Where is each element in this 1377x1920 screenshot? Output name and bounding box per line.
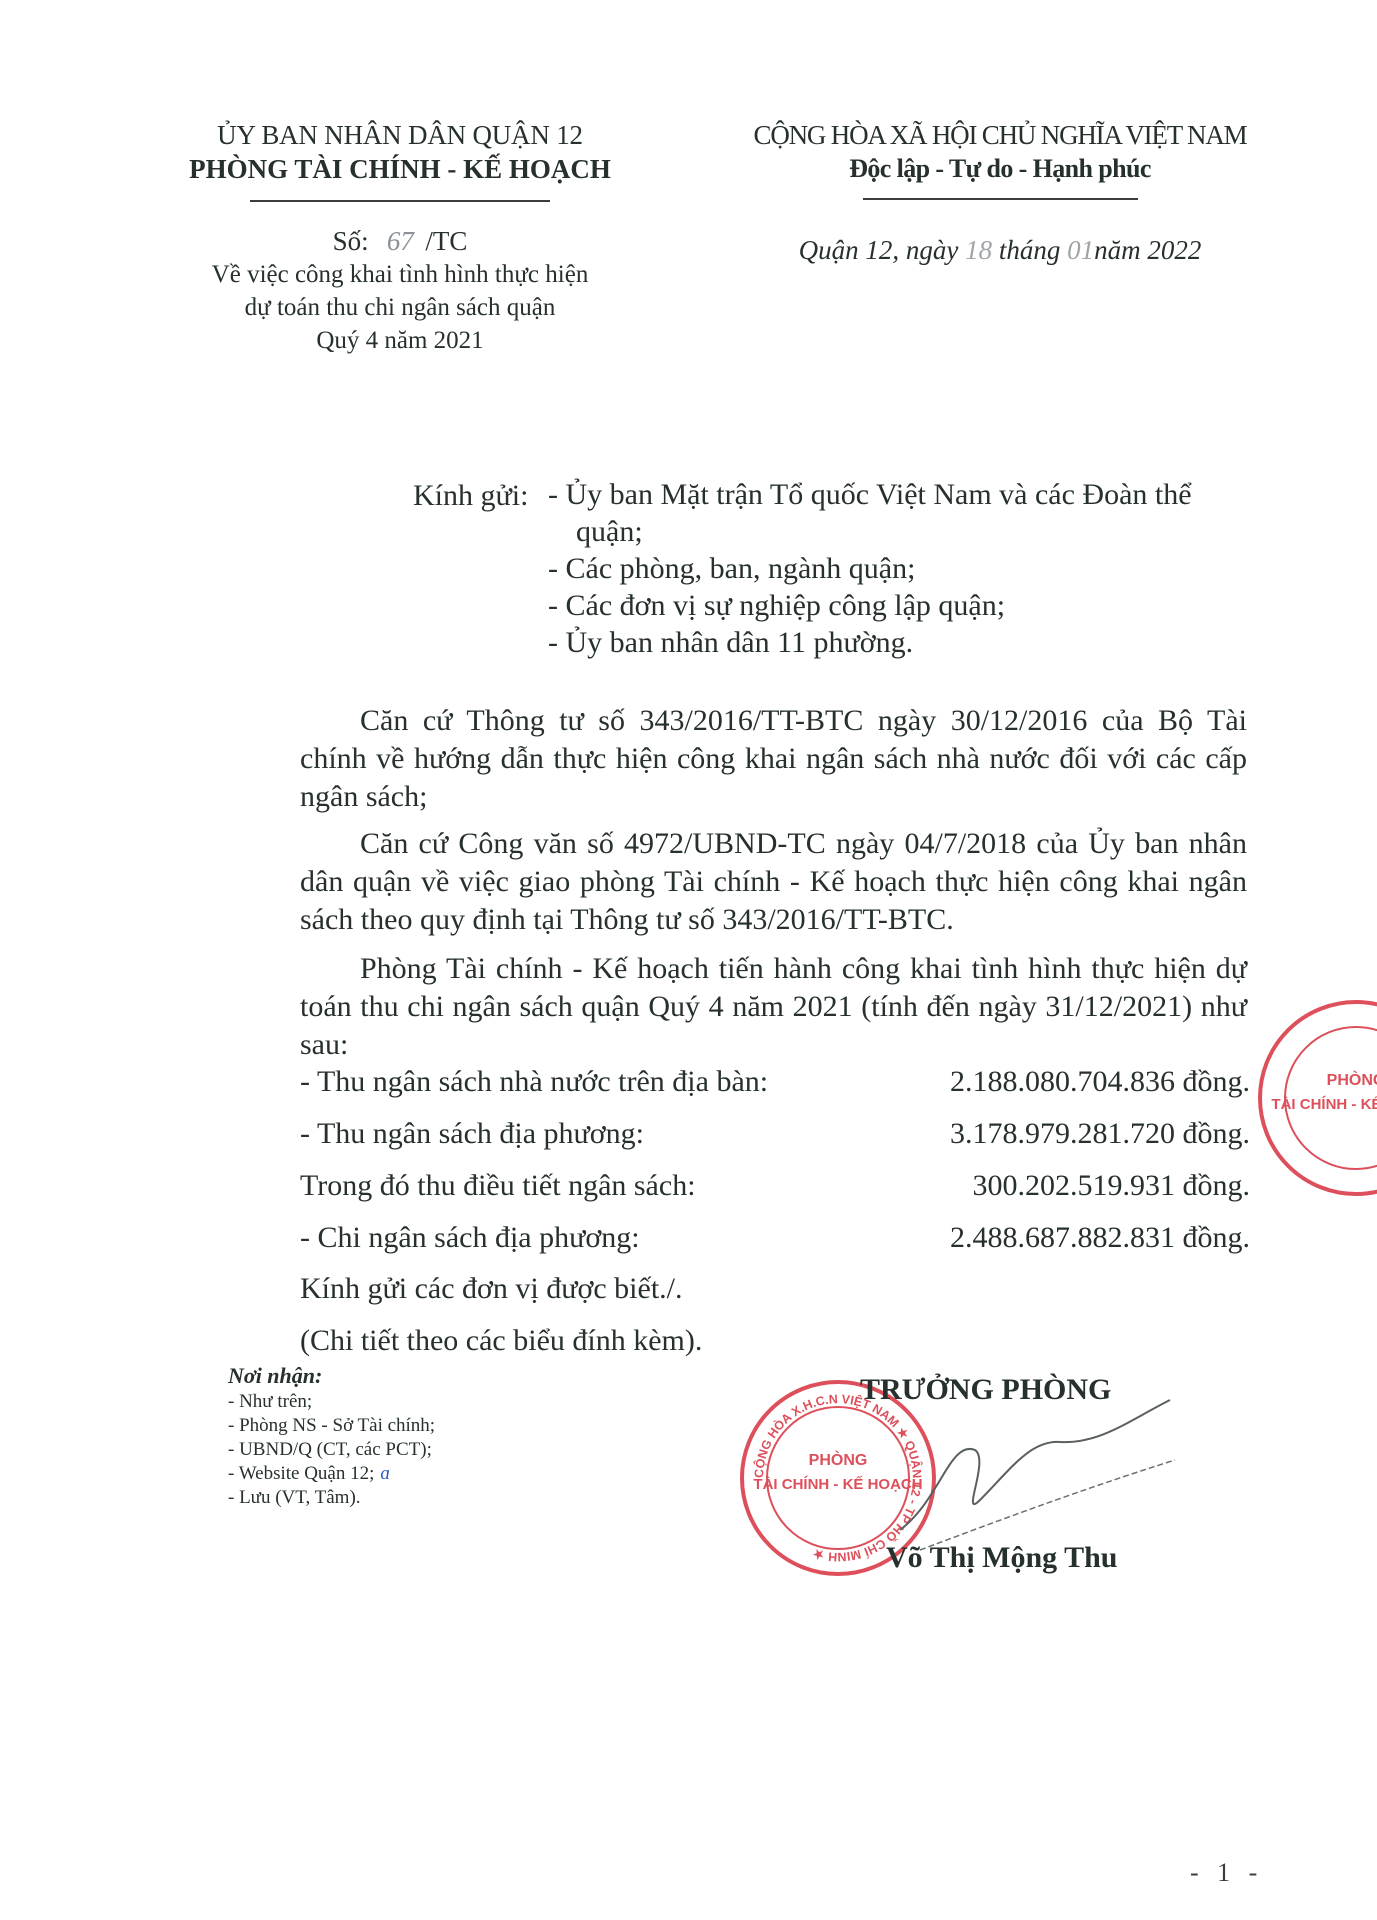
figure-label: - Chi ngân sách địa phương:: [300, 1219, 640, 1257]
figure-value: 2.488.687.882.831 đồng.: [950, 1219, 1250, 1257]
parent-organization: ỦY BAN NHÂN DÂN QUẬN 12: [150, 118, 650, 152]
distribution-item: - Website Quận 12;ɑ: [228, 1462, 608, 1486]
recipient-item: - Các đơn vị sự nghiệp công lập quận;: [548, 587, 1268, 624]
figure-label: - Thu ngân sách địa phương:: [300, 1115, 644, 1153]
disclosure-paragraph: Phòng Tài chính - Kế hoạch tiến hành côn…: [300, 950, 1247, 1064]
recipient-item-continued: quận;: [548, 513, 1268, 550]
figure-label: Trong đó thu điều tiết ngân sách:: [300, 1167, 696, 1205]
figure-value: 2.188.080.704.836 đồng.: [950, 1063, 1250, 1101]
distribution-item: - Phòng NS - Sở Tài chính;: [228, 1414, 608, 1438]
seal-line-2: TÀI CHÍNH - KẾ HOẠCH: [1262, 1096, 1377, 1113]
national-motto: Độc lập - Tự do - Hạnh phúc: [720, 152, 1280, 186]
budget-figure-row: - Thu ngân sách địa phương: 3.178.979.28…: [300, 1115, 1250, 1153]
motto-underline: [863, 198, 1138, 200]
recipients-list: - Ủy ban Mặt trận Tổ quốc Việt Nam và cá…: [548, 476, 1268, 661]
figure-label: - Thu ngân sách nhà nước trên địa bàn:: [300, 1063, 768, 1101]
distribution-item: - Như trên;: [228, 1390, 608, 1414]
recipient-item: - Các phòng, ban, ngành quận;: [548, 550, 1268, 587]
issue-date: Quận 12, ngày 18 tháng 01năm 2022: [720, 233, 1280, 267]
closing-line: Kính gửi các đơn vị được biết./.: [300, 1270, 683, 1308]
signatory-name: Võ Thị Mộng Thu: [886, 1540, 1118, 1576]
budget-figure-row: Trong đó thu điều tiết ngân sách: 300.20…: [300, 1167, 1250, 1205]
legal-basis-paragraph: Căn cứ Thông tư số 343/2016/TT-BTC ngày …: [300, 702, 1247, 816]
date-month: 01: [1067, 235, 1094, 265]
distribution-list: Nơi nhận: - Như trên; - Phòng NS - Sở Tà…: [228, 1362, 608, 1510]
handwritten-number: 67: [375, 224, 425, 258]
subject-line: dự toán thu chi ngân sách quận: [150, 291, 650, 324]
distribution-item: - UBND/Q (CT, các PCT);: [228, 1438, 608, 1462]
issuing-agency-block: ỦY BAN NHÂN DÂN QUẬN 12 PHÒNG TÀI CHÍNH …: [150, 118, 650, 357]
handwritten-check-mark: ɑ: [380, 1463, 390, 1484]
signatory-title: TRƯỞNG PHÒNG: [860, 1372, 1111, 1408]
recipient-item: - Ủy ban Mặt trận Tổ quốc Việt Nam và cá…: [548, 476, 1268, 513]
date-day: 18: [965, 235, 992, 265]
country-name: CỘNG HÒA XÃ HỘI CHỦ NGHĨA VIỆT NAM: [720, 118, 1280, 152]
budget-figure-row: - Thu ngân sách nhà nước trên địa bàn: 2…: [300, 1063, 1250, 1101]
recipient-item: - Ủy ban nhân dân 11 phường.: [548, 624, 1268, 661]
issuing-department: PHÒNG TÀI CHÍNH - KẾ HOẠCH: [150, 152, 650, 186]
distribution-title: Nơi nhận:: [228, 1362, 608, 1390]
date-year: 2022: [1147, 235, 1201, 265]
legal-basis-paragraph: Căn cứ Công văn số 4972/UBND-TC ngày 04/…: [300, 825, 1247, 939]
document-number: Số: 67/TC: [150, 224, 650, 258]
subject-line: Quý 4 năm 2021: [150, 324, 650, 357]
budget-figure-row: - Chi ngân sách địa phương: 2.488.687.88…: [300, 1219, 1250, 1257]
seal-line-1: PHÒNG: [1262, 1072, 1377, 1090]
page-edge-seal: PHÒNG TÀI CHÍNH - KẾ HOẠCH: [1258, 1000, 1377, 1196]
header-underline: [250, 200, 550, 202]
figure-value: 300.202.519.931 đồng.: [973, 1167, 1251, 1205]
recipients-label: Kính gửi:: [413, 478, 528, 514]
national-header-block: CỘNG HÒA XÃ HỘI CHỦ NGHĨA VIỆT NAM Độc l…: [720, 118, 1280, 267]
figure-value: 3.178.979.281.720 đồng.: [950, 1115, 1250, 1153]
attachment-note: (Chi tiết theo các biểu đính kèm).: [300, 1322, 702, 1360]
page-number: - 1 -: [1190, 1858, 1263, 1888]
distribution-item: - Lưu (VT, Tâm).: [228, 1486, 608, 1510]
subject-line: Về việc công khai tình hình thực hiện: [150, 258, 650, 291]
